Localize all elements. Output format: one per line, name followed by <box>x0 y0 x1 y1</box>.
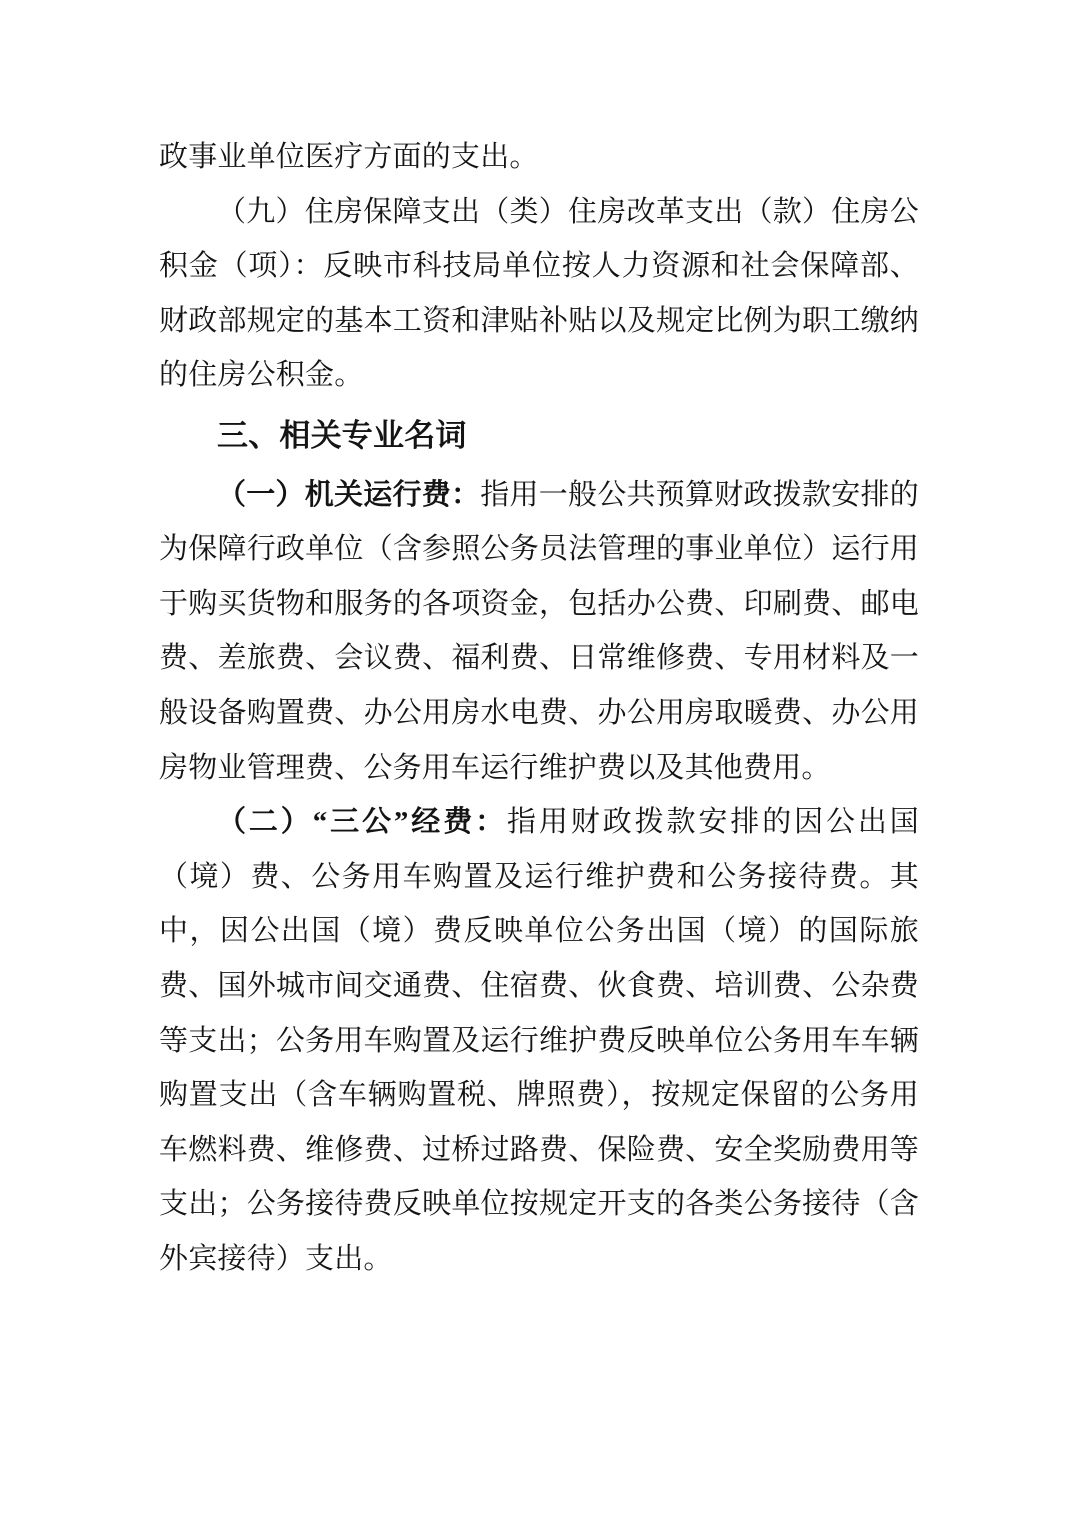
paragraph-text: 指用财政拨款安排的因公出国（境）费、公务用车购置及运行维护费和公务接待费。其中，… <box>159 806 919 1275</box>
term-label: （二）“三公”经费： <box>217 806 507 838</box>
paragraph: （九）住房保障支出（类）住房改革支出（款）住房公积金（项）：反映市科技局单位按人… <box>159 185 919 403</box>
paragraph: （一）机关运行费：指用一般公共预算财政拨款安排的为保障行政单位（含参照公务员法管… <box>159 468 919 796</box>
section-heading-text: 三、相关专业名词 <box>217 418 467 453</box>
paragraph-text: （九）住房保障支出（类）住房改革支出（款）住房公积金（项）：反映市科技局单位按人… <box>159 196 919 392</box>
section-heading: 三、相关专业名词 <box>159 409 919 464</box>
paragraph: 政事业单位医疗方面的支出。 <box>159 130 919 185</box>
paragraph-text: 指用一般公共预算财政拨款安排的为保障行政单位（含参照公务员法管理的事业单位）运行… <box>159 479 919 784</box>
paragraph-text: 政事业单位医疗方面的支出。 <box>159 141 539 173</box>
paragraph: （二）“三公”经费：指用财政拨款安排的因公出国（境）费、公务用车购置及运行维护费… <box>159 795 919 1286</box>
document-body: 政事业单位医疗方面的支出。（九）住房保障支出（类）住房改革支出（款）住房公积金（… <box>159 130 919 1286</box>
term-label: （一）机关运行费： <box>217 479 480 511</box>
document-page: 政事业单位医疗方面的支出。（九）住房保障支出（类）住房改革支出（款）住房公积金（… <box>0 0 1074 1520</box>
